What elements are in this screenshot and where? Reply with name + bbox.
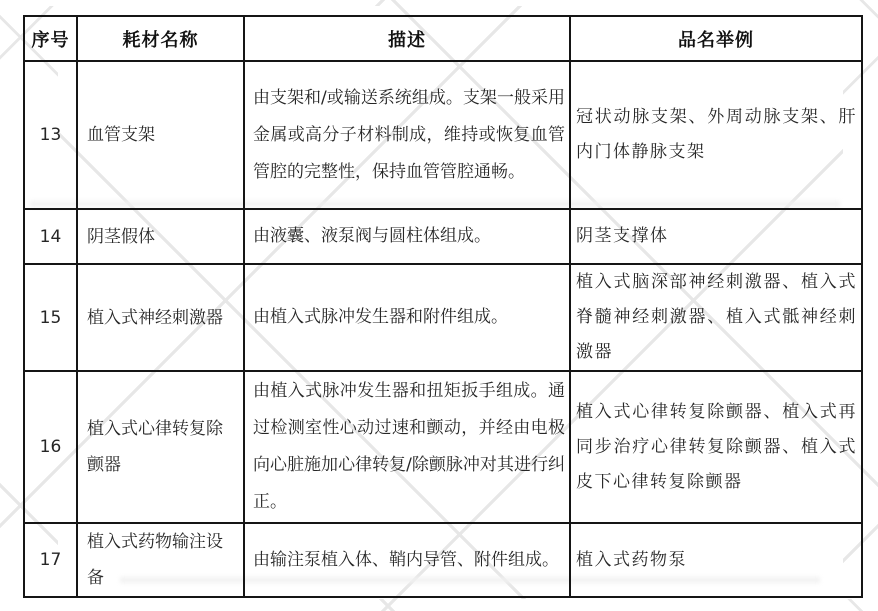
- cell-examples: 植入式药物泵: [570, 523, 862, 597]
- cell-description: 由输注泵植入体、鞘内导管、附件组成。: [244, 523, 570, 597]
- header-cell-name: 耗材名称: [77, 16, 244, 61]
- consumables-table: 序号 耗材名称 描述 品名举例 13 血管支架 由支架和/或输送系统组成。支架一…: [23, 15, 863, 598]
- cell-row-number: 17: [24, 523, 77, 597]
- cell-examples: 冠状动脉支架、外周动脉支架、肝内门体静脉支架: [570, 61, 862, 209]
- scanned-document-page: 序号 耗材名称 描述 品名举例 13 血管支架 由支架和/或输送系统组成。支架一…: [0, 0, 878, 611]
- table-row: 16 植入式心律转复除颤器 由植入式脉冲发生器和扭矩扳手组成。通过检测室性心动过…: [24, 371, 862, 523]
- table-header-row: 序号 耗材名称 描述 品名举例: [24, 16, 862, 61]
- cell-row-number: 14: [24, 209, 77, 264]
- cell-description: 由支架和/或输送系统组成。支架一般采用金属或高分子材料制成，维持或恢复血管管腔的…: [244, 61, 570, 209]
- cell-description: 由植入式脉冲发生器和附件组成。: [244, 264, 570, 371]
- header-cell-examples: 品名举例: [570, 16, 862, 61]
- cell-description: 由液囊、液泵阀与圆柱体组成。: [244, 209, 570, 264]
- cell-examples: 阴茎支撑体: [570, 209, 862, 264]
- cell-row-number: 16: [24, 371, 77, 523]
- cell-name: 血管支架: [77, 61, 244, 209]
- cell-row-number: 15: [24, 264, 77, 371]
- cell-name: 阴茎假体: [77, 209, 244, 264]
- header-cell-no: 序号: [24, 16, 77, 61]
- header-cell-desc: 描述: [244, 16, 570, 61]
- cell-examples: 植入式脑深部神经刺激器、植入式脊髓神经刺激器、植入式骶神经刺激器: [570, 264, 862, 371]
- cell-name: 植入式药物输注设备: [77, 523, 244, 597]
- cell-examples: 植入式心律转复除颤器、植入式再同步治疗心律转复除颤器、植入式皮下心律转复除颤器: [570, 371, 862, 523]
- cell-name: 植入式心律转复除颤器: [77, 371, 244, 523]
- table-row: 14 阴茎假体 由液囊、液泵阀与圆柱体组成。 阴茎支撑体: [24, 209, 862, 264]
- cell-description: 由植入式脉冲发生器和扭矩扳手组成。通过检测室性心动过速和颤动，并经由电极向心脏施…: [244, 371, 570, 523]
- cell-row-number: 13: [24, 61, 77, 209]
- cell-name: 植入式神经刺激器: [77, 264, 244, 371]
- table-row: 17 植入式药物输注设备 由输注泵植入体、鞘内导管、附件组成。 植入式药物泵: [24, 523, 862, 597]
- table-row: 15 植入式神经刺激器 由植入式脉冲发生器和附件组成。 植入式脑深部神经刺激器、…: [24, 264, 862, 371]
- table-row: 13 血管支架 由支架和/或输送系统组成。支架一般采用金属或高分子材料制成，维持…: [24, 61, 862, 209]
